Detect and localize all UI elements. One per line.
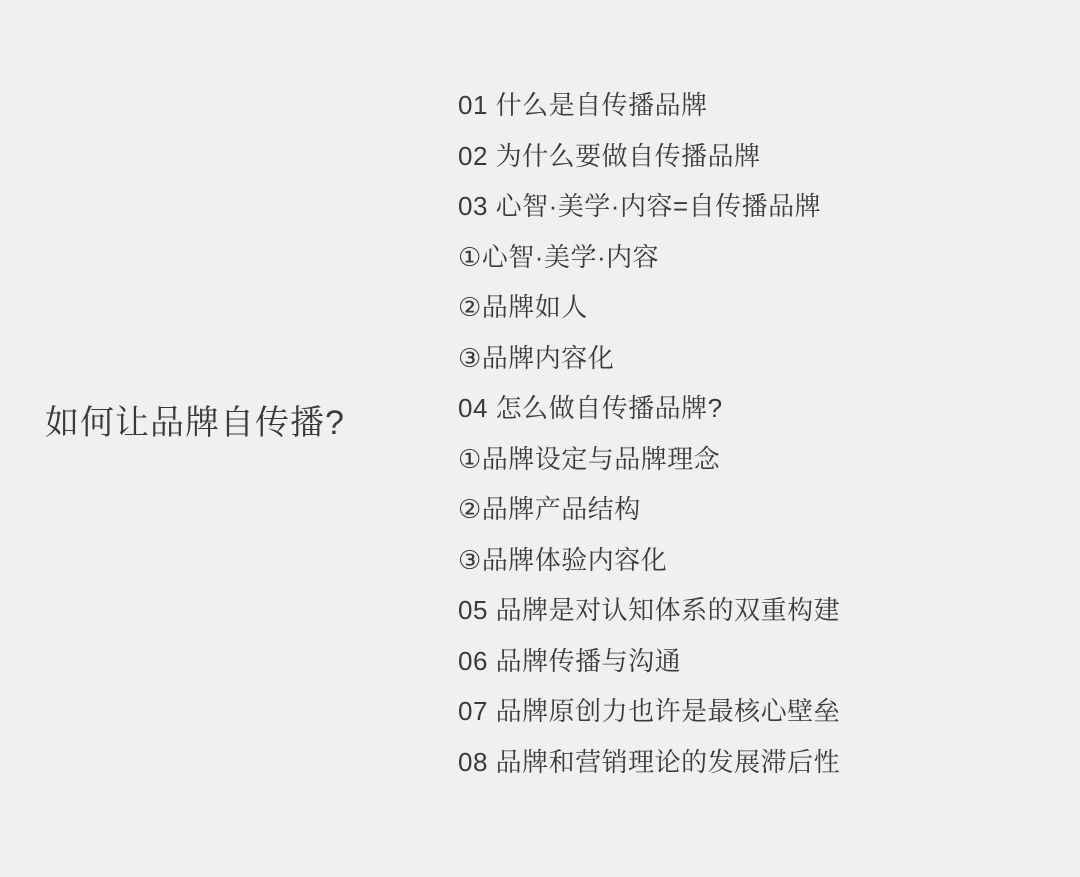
outline-subitem-04-3: ③品牌体验内容化 bbox=[458, 535, 840, 586]
page: 如何让品牌自传播? 01 什么是自传播品牌 02 为什么要做自传播品牌 03 心… bbox=[0, 0, 1080, 877]
outline-list: 01 什么是自传播品牌 02 为什么要做自传播品牌 03 心智·美学·内容=自传… bbox=[458, 80, 840, 787]
outline-subitem-03-1: ①心智·美学·内容 bbox=[458, 232, 840, 283]
outline-item-04: 04 怎么做自传播品牌? bbox=[458, 383, 840, 434]
outline-item-08: 08 品牌和营销理论的发展滞后性 bbox=[458, 737, 840, 788]
outline-subitem-03-2: ②品牌如人 bbox=[458, 282, 840, 333]
outline-item-02: 02 为什么要做自传播品牌 bbox=[458, 131, 840, 182]
outline-subitem-03-3: ③品牌内容化 bbox=[458, 333, 840, 384]
page-title: 如何让品牌自传播? bbox=[45, 395, 345, 444]
outline-item-06: 06 品牌传播与沟通 bbox=[458, 636, 840, 687]
outline-item-05: 05 品牌是对认知体系的双重构建 bbox=[458, 585, 840, 636]
outline-subitem-04-2: ②品牌产品结构 bbox=[458, 484, 840, 535]
outline-item-01: 01 什么是自传播品牌 bbox=[458, 80, 840, 131]
outline-item-07: 07 品牌原创力也许是最核心壁垒 bbox=[458, 686, 840, 737]
outline-item-03: 03 心智·美学·内容=自传播品牌 bbox=[458, 181, 840, 232]
outline-subitem-04-1: ①品牌设定与品牌理念 bbox=[458, 434, 840, 485]
